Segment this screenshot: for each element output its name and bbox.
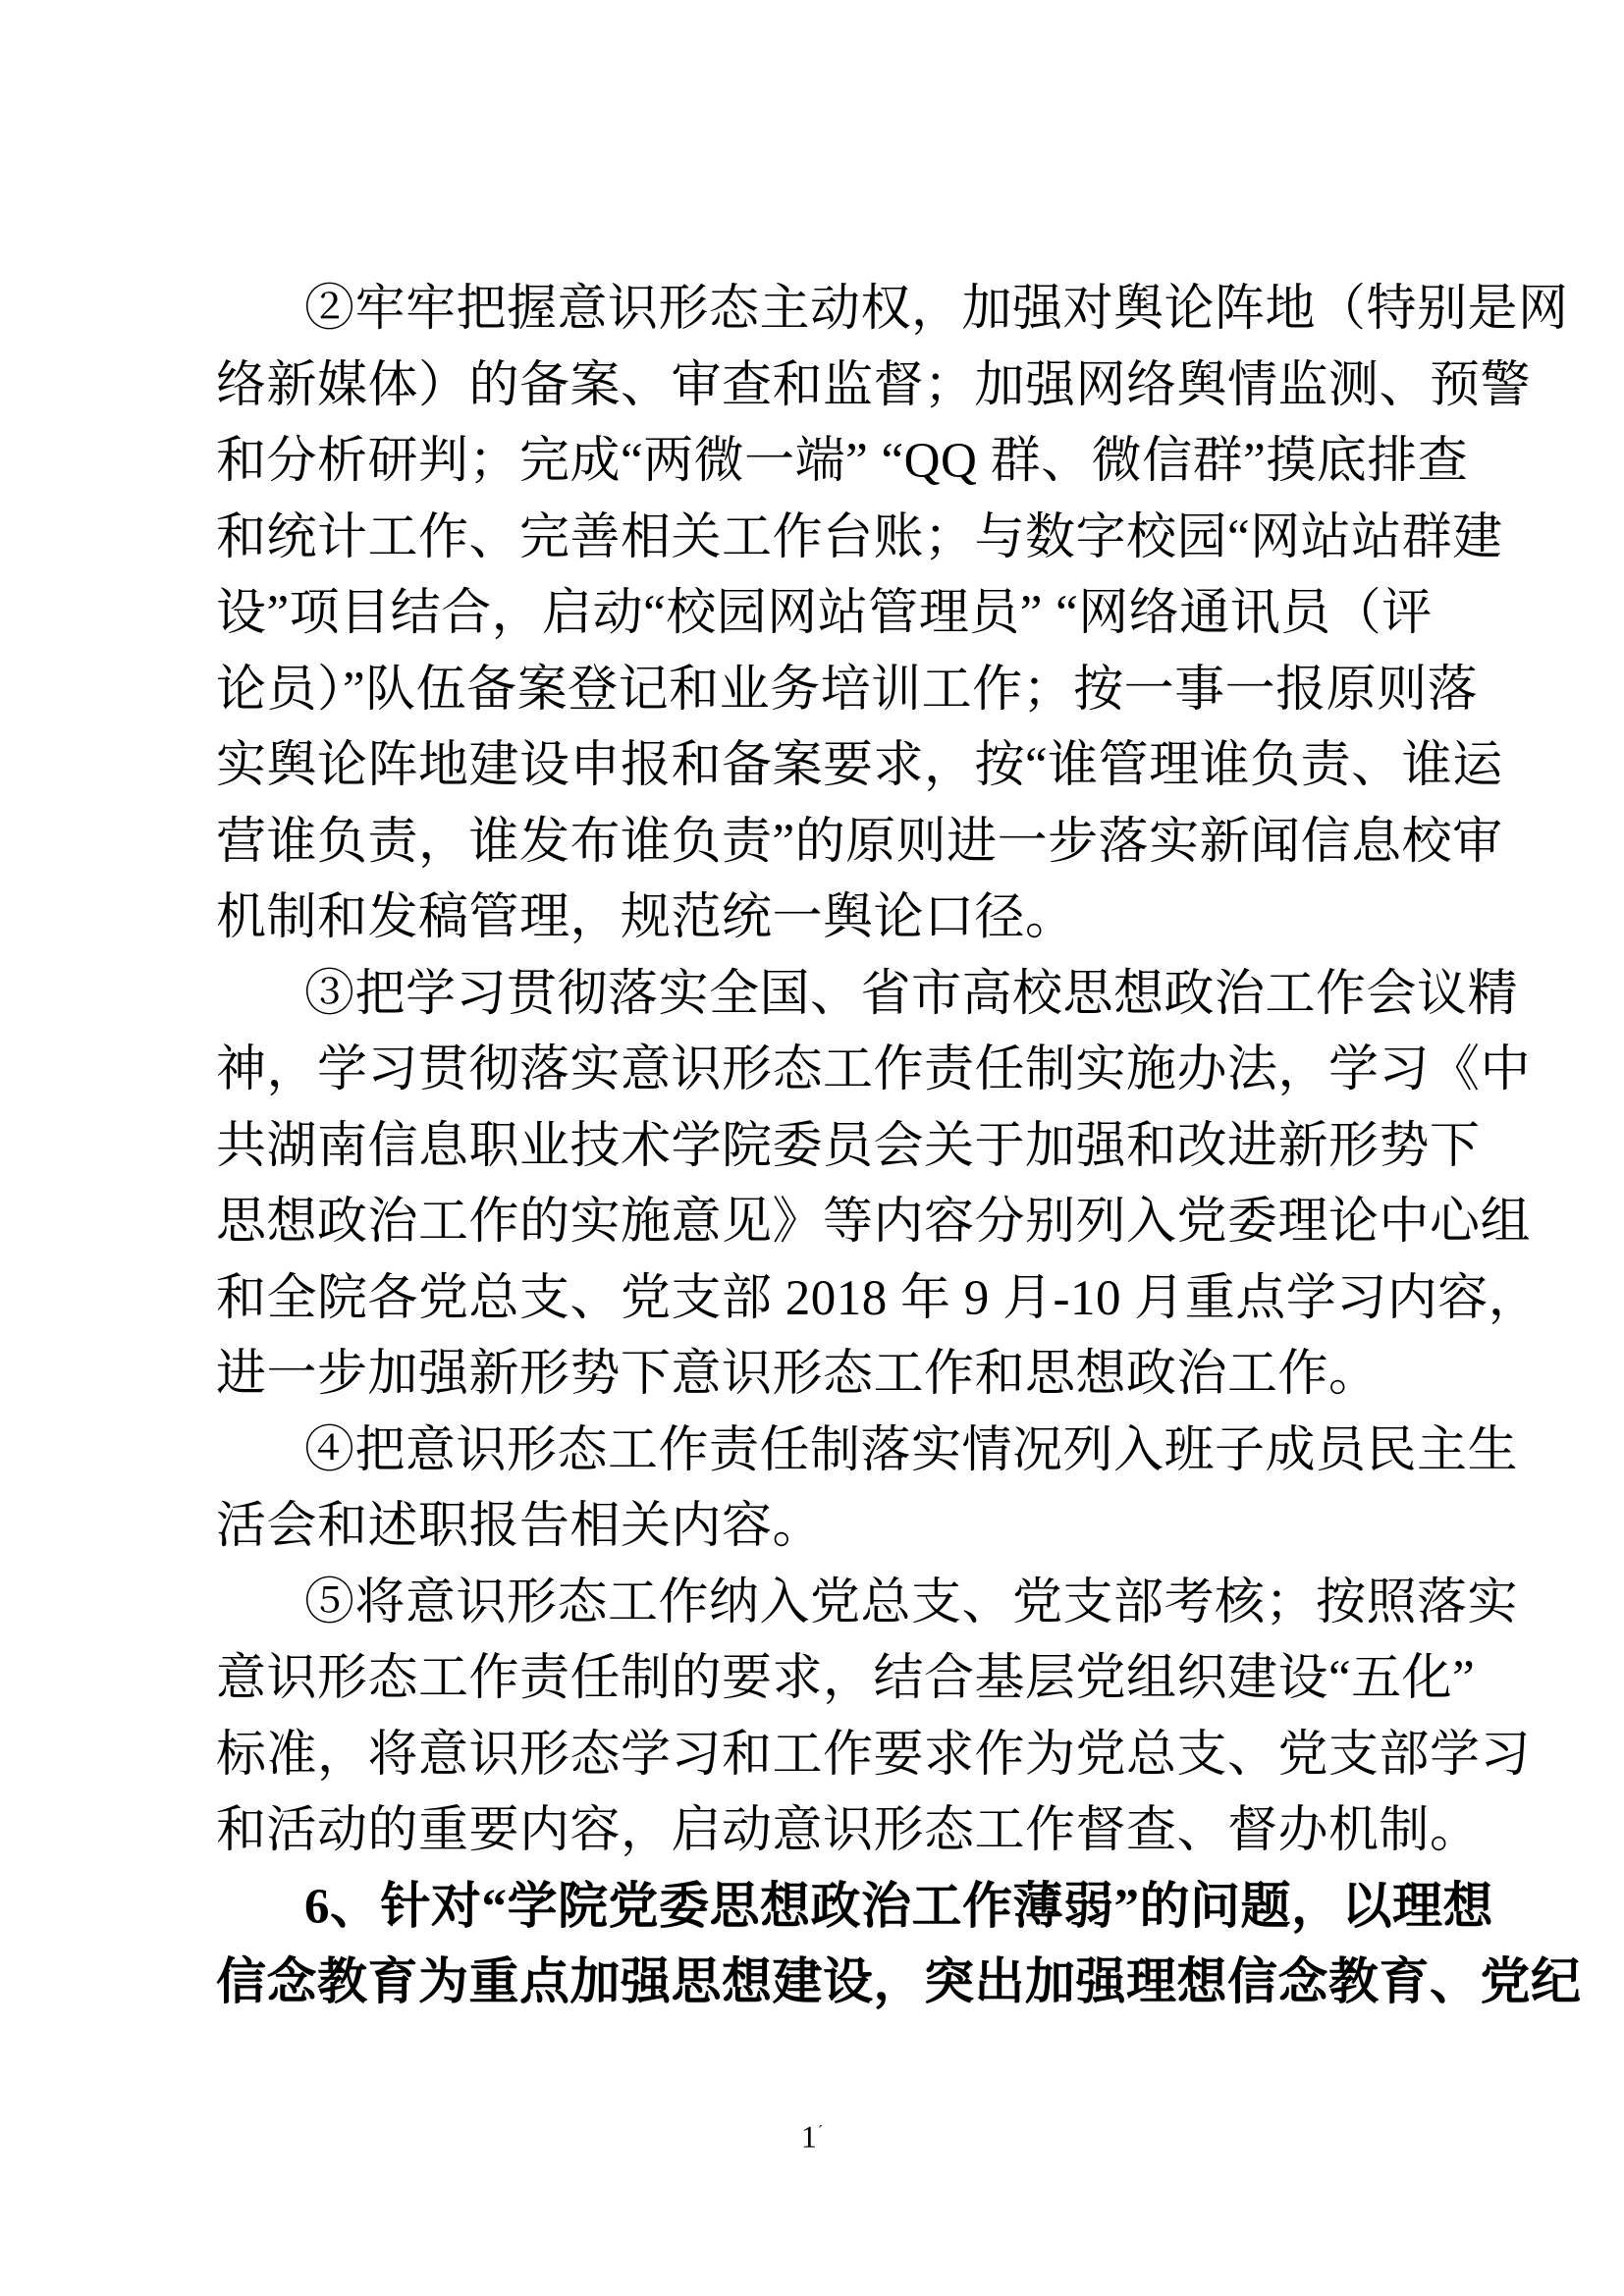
para3-line6: 进一步加强新形势下意识形态工作和思想政治工作。 xyxy=(216,1337,1512,1414)
para2-line2: 络新媒体）的备案、审查和监督；加强网络舆情监测、预警 xyxy=(216,348,1512,425)
para2-line4: 和统计工作、完善相关工作台账；与数字校园“网站站群建 xyxy=(216,501,1512,577)
para2-line9: 机制和发稿管理，规范统一舆论口径。 xyxy=(216,881,1512,957)
para5-line2: 意识形态工作责任制的要求，结合基层党组织建设“五化” xyxy=(216,1641,1512,1718)
para5-line4: 和活动的重要内容，启动意识形态工作督查、督办机制。 xyxy=(216,1793,1512,1870)
para3-line4: 思想政治工作的实施意见》等内容分别列入党委理论中心组 xyxy=(216,1185,1512,1261)
para2-line8: 营谁负责，谁发布谁负责”的原则进一步落实新闻信息校审 xyxy=(216,805,1512,881)
para2-line7: 实舆论阵地建设申报和备案要求，按“谁管理谁负责、谁运 xyxy=(216,728,1512,805)
para3-line5: 和全院各党总支、党支部 2018 年 9 月-10 月重点学习内容， xyxy=(216,1261,1512,1338)
para5-line3: 标准，将意识形态学习和工作要求作为党总支、党支部学习 xyxy=(216,1718,1512,1794)
page-number: 1 xyxy=(801,2119,817,2155)
para2-line3: 和分析研判；完成“两微一端” “QQ 群、微信群”摸底排查 xyxy=(216,424,1512,501)
para4-line2: 活会和述职报告相关内容。 xyxy=(216,1489,1512,1566)
page-number-artifact: ˊ xyxy=(818,2123,823,2140)
para5-line1: ⑤将意识形态工作纳入党总支、党支部考核；按照落实 xyxy=(216,1566,1512,1642)
para3-line1: ③把学习贯彻落实全国、省市高校思想政治工作会议精 xyxy=(216,957,1512,1034)
para2-line1: ②牢牢把握意识形态主动权，加强对舆论阵地（特别是网 xyxy=(216,272,1512,348)
para4-line1: ④把意识形态工作责任制落实情况列入班子成员民主生 xyxy=(216,1414,1512,1490)
para3-line3: 共湖南信息职业技术学院委员会关于加强和改进新形势下 xyxy=(216,1109,1512,1186)
para2-line5: 设”项目结合，启动“校园网站管理员” “网络通讯员（评 xyxy=(216,576,1512,653)
document-body: ②牢牢把握意识形态主动权，加强对舆论阵地（特别是网 络新媒体）的备案、审查和监督… xyxy=(216,272,1512,2022)
page-footer: 1ˊ xyxy=(0,2112,1624,2157)
document-page: ②牢牢把握意识形态主动权，加强对舆论阵地（特别是网 络新媒体）的备案、审查和监督… xyxy=(0,0,1624,2296)
para3-line2: 神，学习贯彻落实意识形态工作责任制实施办法，学习《中 xyxy=(216,1033,1512,1109)
para6-line1: 6、针对“学院党委思想政治工作薄弱”的问题，以理想 xyxy=(216,1870,1512,1947)
para6-line2: 信念教育为重点加强思想建设，突出加强理想信念教育、党纪 xyxy=(216,1946,1512,2022)
para2-line6: 论员）”队伍备案登记和业务培训工作；按一事一报原则落 xyxy=(216,653,1512,729)
